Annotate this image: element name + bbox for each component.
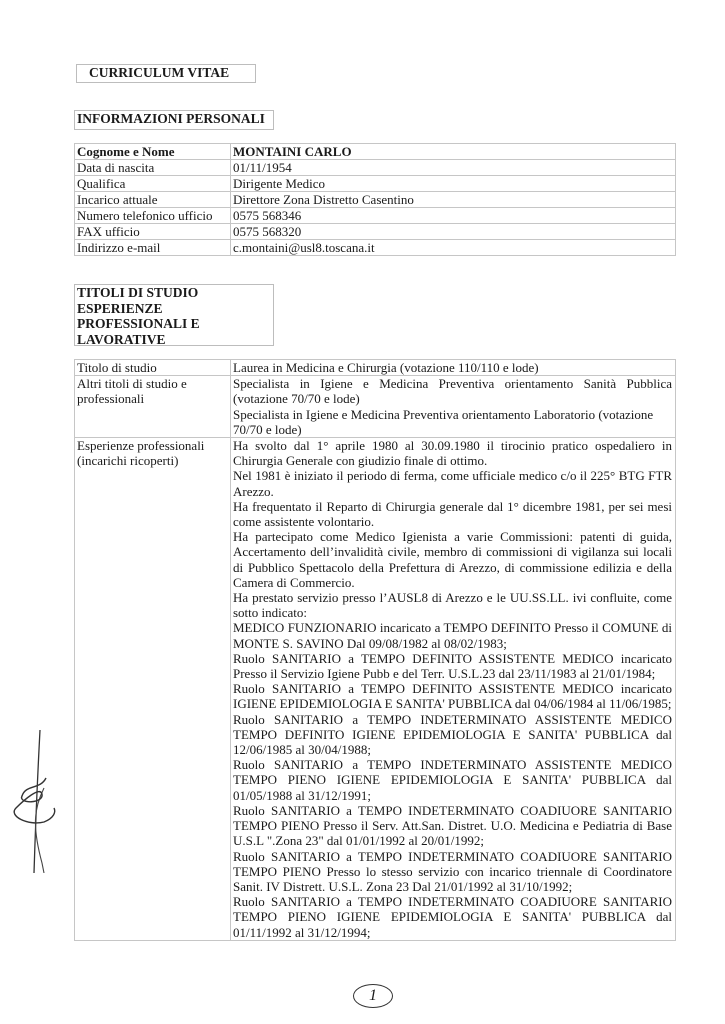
label-degree: Titolo di studio xyxy=(75,360,231,376)
value-current-role: Direttore Zona Distretto Casentino xyxy=(231,192,676,208)
list-item: MEDICO FUNZIONARIO incaricato a TEMPO DE… xyxy=(233,620,672,650)
value-qualification: Dirigente Medico xyxy=(231,176,676,192)
section-title-line: LAVORATIVE xyxy=(77,332,273,348)
section-title-line: TITOLI DI STUDIO xyxy=(77,285,273,301)
label-office-fax: FAX ufficio xyxy=(75,224,231,240)
list-item: Ruolo SANITARIO a TEMPO INDETERMINATO CO… xyxy=(233,894,672,940)
table-row: Numero telefonico ufficio 0575 568346 xyxy=(75,208,676,224)
list-item: Ruolo SANITARIO a TEMPO DEFINITO ASSISTE… xyxy=(233,651,672,681)
list-item: Ruolo SANITARIO a TEMPO INDETERMINATO CO… xyxy=(233,849,672,895)
value-email: c.montaini@usl8.toscana.it xyxy=(231,240,676,256)
label-other-titles: Altri titoli di studio e professionali xyxy=(75,376,231,438)
section-title-line: ESPERIENZE xyxy=(77,301,273,317)
table-row: FAX ufficio 0575 568320 xyxy=(75,224,676,240)
label-professional-experience: Esperienze professionali (incarichi rico… xyxy=(75,438,231,941)
list-item: Ruolo SANITARIO a TEMPO DEFINITO ASSISTE… xyxy=(233,681,672,711)
table-row: Esperienze professionali (incarichi rico… xyxy=(75,438,676,941)
section-title-line: PROFESSIONALI E xyxy=(77,316,273,332)
list-item: Ha partecipato come Medico Igienista a v… xyxy=(233,529,672,590)
value-degree: Laurea in Medicina e Chirurgia (votazion… xyxy=(231,360,676,376)
label-office-phone: Numero telefonico ufficio xyxy=(75,208,231,224)
label-name: Cognome e Nome xyxy=(75,144,231,160)
table-row: Incarico attuale Direttore Zona Distrett… xyxy=(75,192,676,208)
table-row: Titolo di studio Laurea in Medicina e Ch… xyxy=(75,360,676,376)
label-birth-date: Data di nascita xyxy=(75,160,231,176)
list-item: Ha prestato servizio presso l’AUSL8 di A… xyxy=(233,590,672,620)
value-professional-experience: Ha svolto dal 1° aprile 1980 al 30.09.19… xyxy=(231,438,676,941)
value-office-phone: 0575 568346 xyxy=(231,208,676,224)
table-row: Indirizzo e-mail c.montaini@usl8.toscana… xyxy=(75,240,676,256)
list-item: Ruolo SANITARIO a TEMPO INDETERMINATO AS… xyxy=(233,712,672,758)
table-row: Altri titoli di studio e professionali S… xyxy=(75,376,676,438)
list-item: Ruolo SANITARIO a TEMPO INDETERMINATO AS… xyxy=(233,757,672,803)
studies-experience-table: Titolo di studio Laurea in Medicina e Ch… xyxy=(74,359,676,941)
page-number: 1 xyxy=(353,984,393,1010)
label-email: Indirizzo e-mail xyxy=(75,240,231,256)
section-title-personal-info: INFORMAZIONI PERSONALI xyxy=(74,110,274,130)
list-item: Specialista in Igiene e Medicina Prevent… xyxy=(233,407,672,437)
value-office-fax: 0575 568320 xyxy=(231,224,676,240)
signature-icon xyxy=(4,728,64,873)
section-title-studies-experience: TITOLI DI STUDIO ESPERIENZE PROFESSIONAL… xyxy=(74,284,274,346)
list-item: Specialista in Igiene e Medicina Prevent… xyxy=(233,376,672,406)
value-name: MONTAINI CARLO xyxy=(231,144,676,160)
document-title: CURRICULUM VITAE xyxy=(76,64,256,83)
label-qualification: Qualifica xyxy=(75,176,231,192)
personal-info-table: Cognome e Nome MONTAINI CARLO Data di na… xyxy=(74,143,676,256)
value-other-titles: Specialista in Igiene e Medicina Prevent… xyxy=(231,376,676,438)
value-birth-date: 01/11/1954 xyxy=(231,160,676,176)
list-item: Nel 1981 è iniziato il periodo di ferma,… xyxy=(233,468,672,498)
list-item: Ha frequentato il Reparto di Chirurgia g… xyxy=(233,499,672,529)
label-current-role: Incarico attuale xyxy=(75,192,231,208)
page-number-label: 1 xyxy=(353,984,393,1008)
table-row: Qualifica Dirigente Medico xyxy=(75,176,676,192)
table-row: Cognome e Nome MONTAINI CARLO xyxy=(75,144,676,160)
list-item: Ha svolto dal 1° aprile 1980 al 30.09.19… xyxy=(233,438,672,468)
table-row: Data di nascita 01/11/1954 xyxy=(75,160,676,176)
list-item: Ruolo SANITARIO a TEMPO INDETERMINATO CO… xyxy=(233,803,672,849)
